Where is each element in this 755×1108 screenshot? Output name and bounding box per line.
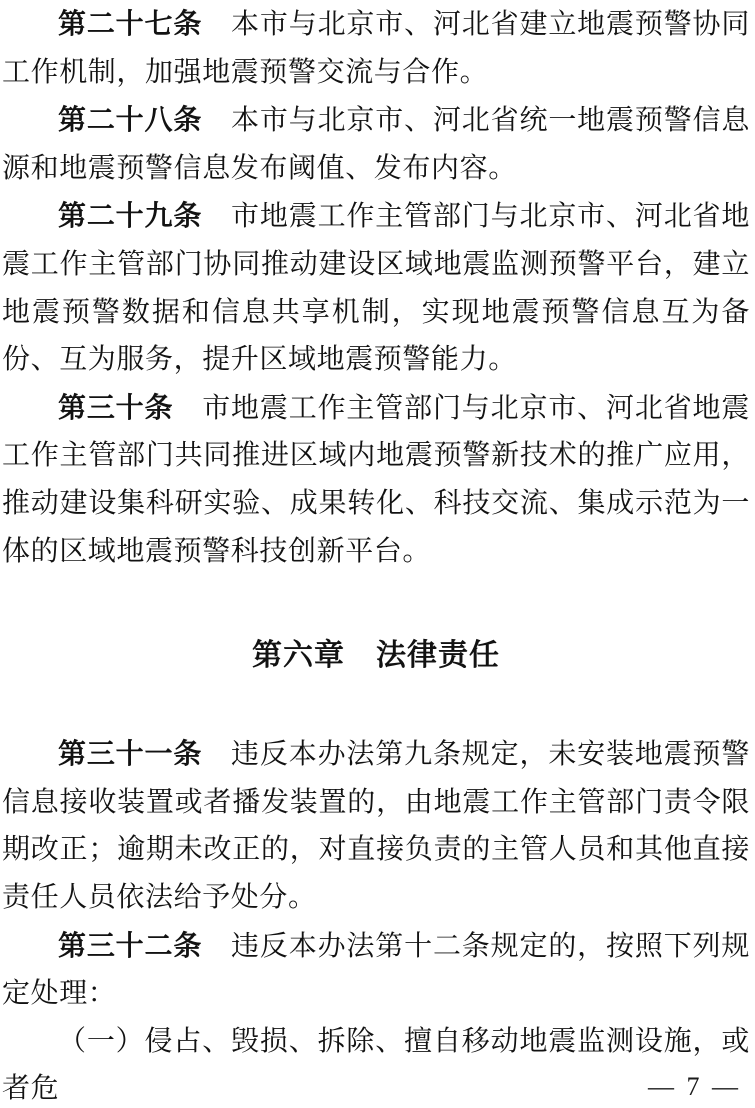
page-number: — 7 — — [648, 1072, 741, 1102]
article-paragraph: 第三十条 市地震工作主管部门与北京市、河北省地震工作主管部门共同推进区域内地震预… — [2, 384, 750, 575]
chapter-heading: 第六章 法律责任 — [2, 632, 750, 680]
article-number: 第二十九条 — [58, 200, 202, 231]
list-item-paragraph: （一）侵占、毁损、拆除、擅自移动地震监测设施，或者危 — [2, 1018, 750, 1108]
article-paragraph: 第二十八条 本市与北京市、河北省统一地震预警信息源和地震预警信息发布阈值、发布内… — [2, 96, 750, 192]
article-number: 第三十二条 — [58, 930, 202, 961]
article-paragraph: 第二十七条 本市与北京市、河北省建立地震预警协同工作机制，加强地震预警交流与合作… — [2, 0, 750, 96]
document-page: 第二十七条 本市与北京市、河北省建立地震预警协同工作机制，加强地震预警交流与合作… — [0, 0, 755, 1108]
document-body: 第二十七条 本市与北京市、河北省建立地震预警协同工作机制，加强地震预警交流与合作… — [2, 0, 750, 1108]
article-paragraph: 第三十二条 违反本办法第十二条规定的，按照下列规定处理： — [2, 922, 750, 1018]
article-paragraph: 第三十一条 违反本办法第九条规定，未安装地震预警信息接收装置或者播发装置的，由地… — [2, 730, 750, 921]
article-number: 第二十七条 — [58, 8, 202, 39]
article-number: 第三十一条 — [58, 738, 202, 769]
article-paragraph: 第二十九条 市地震工作主管部门与北京市、河北省地震工作主管部门协同推动建设区域地… — [2, 192, 750, 383]
article-number: 第二十八条 — [58, 104, 202, 135]
article-number: 第三十条 — [58, 392, 173, 423]
